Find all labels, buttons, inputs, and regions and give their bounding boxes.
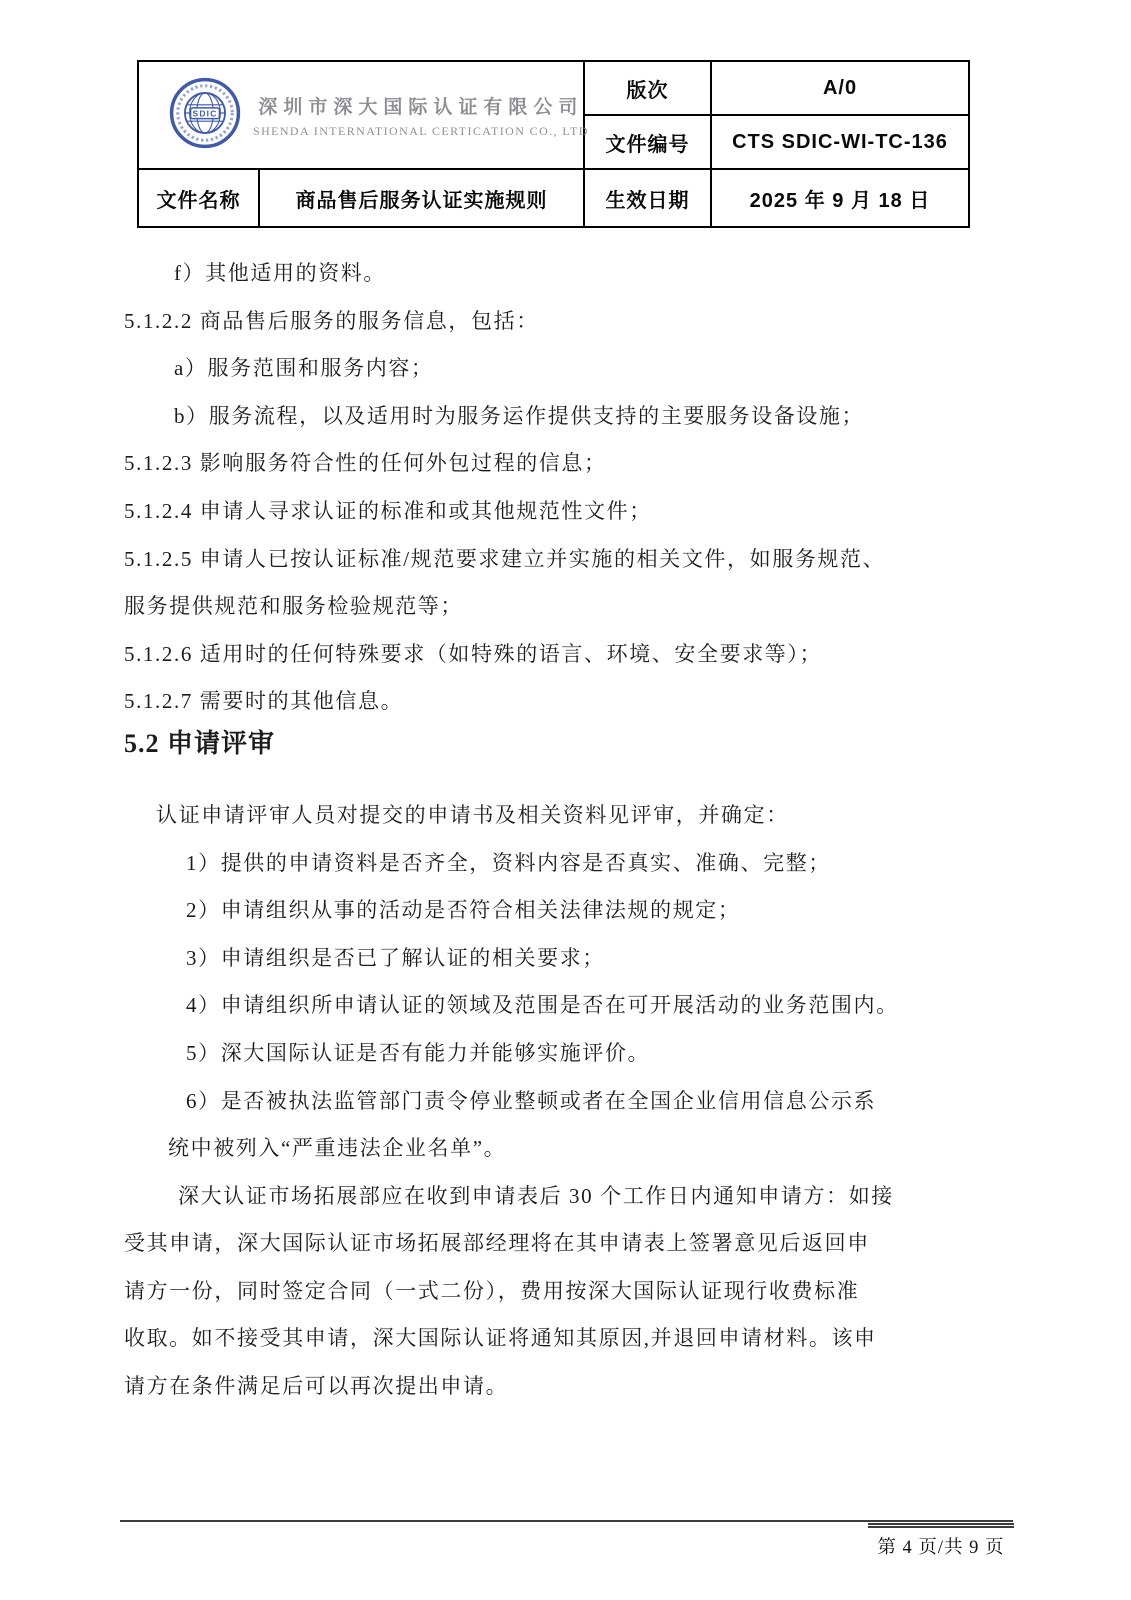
body-line: 1）提供的申请资料是否齐全，资料内容是否真实、准确、完整； xyxy=(124,840,1010,888)
document-page: SDIC 深圳市深大国际认证有限公司 SHENDA INTERNATIONAL … xyxy=(0,0,1131,1600)
section-heading: 5.2 申请评审 xyxy=(124,722,1010,766)
body-line: 深大认证市场拓展部应在收到申请表后 30 个工作日内通知申请方：如接 xyxy=(124,1173,1010,1221)
body-line: a）服务范围和服务内容； xyxy=(124,345,1010,393)
body-line: 受其申请，深大国际认证市场拓展部经理将在其申请表上签署意见后返回申 xyxy=(124,1220,1010,1268)
doc-number-value: CTS SDIC-WI-TC-136 xyxy=(711,115,969,169)
doc-name-label: 文件名称 xyxy=(138,169,259,227)
version-label: 版次 xyxy=(584,61,711,115)
body-line: 5.1.2.2 商品售后服务的服务信息，包括： xyxy=(124,298,1010,346)
body-line: 请方一份，同时签定合同（一式二份），费用按深大国际认证现行收费标准 xyxy=(124,1268,1010,1316)
body-line: 5.1.2.6 适用时的任何特殊要求（如特殊的语言、环境、安全要求等）； xyxy=(124,631,1010,679)
doc-name-value: 商品售后服务认证实施规则 xyxy=(259,169,584,227)
body-line: 2）申请组织从事的活动是否符合相关法律法规的规定； xyxy=(124,887,1010,935)
body-line: 5.1.2.7 需要时的其他信息。 xyxy=(124,678,1010,726)
body-line: 收取。如不接受其申请，深大国际认证将通知其原因,并退回申请材料。该申 xyxy=(124,1315,1010,1363)
footer-divider xyxy=(120,1520,1013,1522)
page-number: 第 4 页/共 9 页 xyxy=(868,1523,1014,1559)
header-table: SDIC 深圳市深大国际认证有限公司 SHENDA INTERNATIONAL … xyxy=(137,60,970,228)
effective-date-label: 生效日期 xyxy=(584,169,711,227)
company-name-en: SHENDA INTERNATIONAL CERTICATION CO., LT… xyxy=(253,124,589,139)
body-line: 5.1.2.3 影响服务符合性的任何外包过程的信息； xyxy=(124,440,1010,488)
body-line: 5.1.2.5 申请人已按认证标准/规范要求建立并实施的相关文件，如服务规范、 xyxy=(124,536,1010,584)
body-line: 请方在条件满足后可以再次提出申请。 xyxy=(124,1363,1010,1411)
body-line: 3）申请组织是否已了解认证的相关要求； xyxy=(124,935,1010,983)
body-line: b）服务流程，以及适用时为服务运作提供支持的主要服务设备设施； xyxy=(124,393,1010,441)
logo-sdic-text: SDIC xyxy=(192,108,217,118)
body-line: 服务提供规范和服务检验规范等； xyxy=(124,583,1010,631)
body-line: 4）申请组织所申请认证的领域及范围是否在可开展活动的业务范围内。 xyxy=(124,982,1010,1030)
effective-date-value: 2025 年 9 月 18 日 xyxy=(711,169,969,227)
doc-number-label: 文件编号 xyxy=(584,115,711,169)
company-name-cn: 深圳市深大国际认证有限公司 xyxy=(253,92,589,119)
company-cell: SDIC 深圳市深大国际认证有限公司 SHENDA INTERNATIONAL … xyxy=(138,61,584,169)
page-number-text: 第 4 页/共 9 页 xyxy=(877,1538,1004,1558)
body-line: f）其他适用的资料。 xyxy=(124,250,1010,298)
body-line: 6）是否被执法监管部门责令停业整顿或者在全国企业信用信息公示系 xyxy=(124,1078,1010,1126)
company-logo-icon: SDIC xyxy=(169,77,241,154)
body-line: 统中被列入“严重违法企业名单”。 xyxy=(124,1125,1010,1173)
body-line: 认证申请评审人员对提交的申请书及相关资料见评审，并确定： xyxy=(124,792,1010,840)
body-line: 5.1.2.4 申请人寻求认证的标准和或其他规范性文件； xyxy=(124,488,1010,536)
body-line: 5）深大国际认证是否有能力并能够实施评价。 xyxy=(124,1030,1010,1078)
version-value: A/0 xyxy=(711,61,969,115)
document-body: f）其他适用的资料。5.1.2.2 商品售后服务的服务信息，包括：a）服务范围和… xyxy=(124,250,1010,1411)
